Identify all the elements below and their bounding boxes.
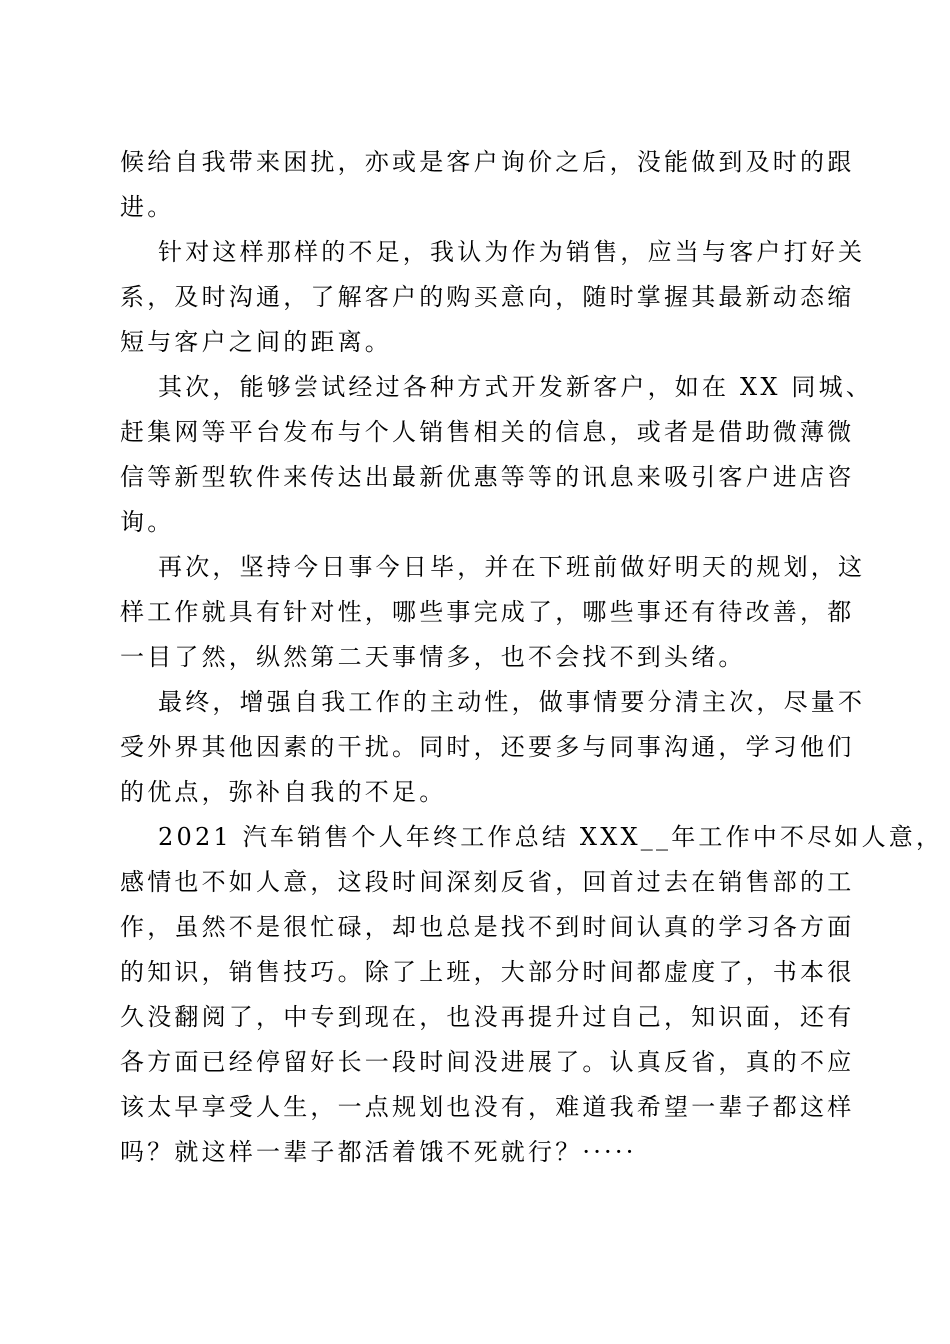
text-line: 系，及时沟通，了解客户的购买意向，随时掌握其最新动态缩: [120, 275, 840, 320]
text-line: 进。: [120, 185, 840, 230]
text-line: 久没翻阅了，中专到现在，也没再提升过自己，知识面，还有: [120, 995, 840, 1040]
text-line: 询。: [120, 500, 840, 545]
text-line: 的知识，销售技巧。除了上班，大部分时间都虚度了，书本很: [120, 950, 840, 995]
text-line: 该太早享受人生，一点规划也没有，难道我希望一辈子都这样: [120, 1085, 840, 1130]
paragraph-improvement-customer-relations: 针对这样那样的不足，我认为作为销售，应当与客户打好关 系，及时沟通，了解客户的购…: [120, 230, 840, 365]
text-line: 吗？就这样一辈子都活着饿不死就行？·····: [120, 1130, 840, 1175]
text-line: 一目了然，纵然第二天事情多，也不会找不到头绪。: [120, 635, 840, 680]
text-line: 最终，增强自我工作的主动性，做事情要分清主次，尽量不: [120, 680, 840, 725]
document-body: 候给自我带来困扰，亦或是客户询价之后，没能做到及时的跟 进。 针对这样那样的不足…: [120, 140, 840, 1175]
paragraph-2021-year-end-summary: 2021 汽车销售个人年终工作总结 XXX__年工作中不尽如人意， 感情也不如人…: [120, 815, 840, 1175]
text-line: 候给自我带来困扰，亦或是客户询价之后，没能做到及时的跟: [120, 140, 840, 185]
paragraph-daily-planning: 再次，坚持今日事今日毕，并在下班前做好明天的规划，这 样工作就具有针对性，哪些事…: [120, 545, 840, 680]
text-line: 赶集网等平台发布与个人销售相关的信息，或者是借助微薄微: [120, 410, 840, 455]
text-line: 针对这样那样的不足，我认为作为销售，应当与客户打好关: [120, 230, 840, 275]
paragraph-followup-continuation: 候给自我带来困扰，亦或是客户询价之后，没能做到及时的跟 进。: [120, 140, 840, 230]
text-line: 感情也不如人意，这段时间深刻反省，回首过去在销售部的工: [120, 860, 840, 905]
paragraph-new-customers: 其次，能够尝试经过各种方式开发新客户，如在 XX 同城、 赶集网等平台发布与个人…: [120, 365, 840, 545]
text-line: 信等新型软件来传达出最新优惠等等的讯息来吸引客户进店咨: [120, 455, 840, 500]
text-line: 2021 汽车销售个人年终工作总结 XXX__年工作中不尽如人意，: [120, 815, 840, 860]
document-page: 候给自我带来困扰，亦或是客户询价之后，没能做到及时的跟 进。 针对这样那样的不足…: [0, 0, 950, 1344]
text-line: 作，虽然不是很忙碌，却也总是找不到时间认真的学习各方面: [120, 905, 840, 950]
text-line: 受外界其他因素的干扰。同时，还要多与同事沟通，学习他们: [120, 725, 840, 770]
text-line: 的优点，弥补自我的不足。: [120, 770, 840, 815]
text-line: 样工作就具有针对性，哪些事完成了，哪些事还有待改善，都: [120, 590, 840, 635]
text-line: 各方面已经停留好长一段时间没进展了。认真反省，真的不应: [120, 1040, 840, 1085]
text-line: 其次，能够尝试经过各种方式开发新客户，如在 XX 同城、: [120, 365, 840, 410]
paragraph-initiative: 最终，增强自我工作的主动性，做事情要分清主次，尽量不 受外界其他因素的干扰。同时…: [120, 680, 840, 815]
text-line: 短与客户之间的距离。: [120, 320, 840, 365]
text-line: 再次，坚持今日事今日毕，并在下班前做好明天的规划，这: [120, 545, 840, 590]
